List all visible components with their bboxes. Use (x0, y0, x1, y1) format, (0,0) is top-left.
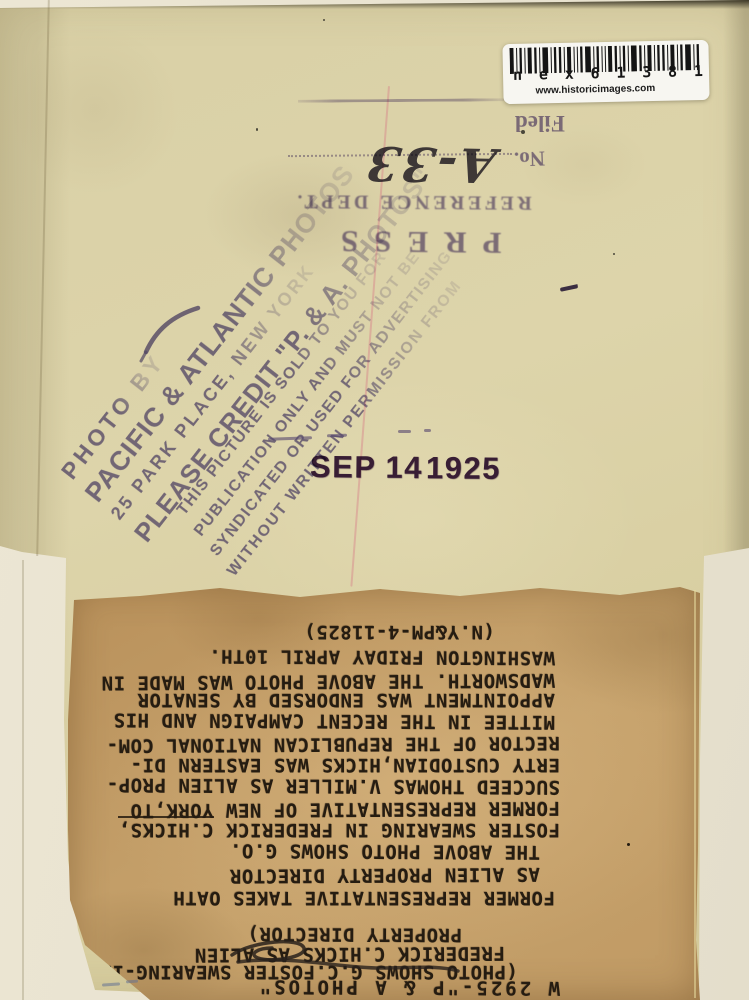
barcode-char: n (513, 66, 522, 84)
barcode-char: 6 (590, 64, 599, 82)
photo-back-scan: Filed No. A-33 PRESS REFERENCE DEPT. PHO… (0, 0, 749, 1000)
barcode-char: 3 (642, 63, 651, 81)
barcode-sticker: nex61381 www.historicimages.com (502, 40, 709, 104)
barcode-char: 8 (668, 63, 677, 81)
barcode-char: 1 (616, 64, 625, 82)
barcode-code: nex61381 (513, 62, 703, 84)
barcode-char: e (539, 65, 548, 83)
barcode-char: x (565, 65, 574, 83)
barcode-char: 1 (694, 62, 703, 80)
pen-scribble (0, 0, 749, 1000)
barcode-website: www.historicimages.com (503, 82, 687, 97)
